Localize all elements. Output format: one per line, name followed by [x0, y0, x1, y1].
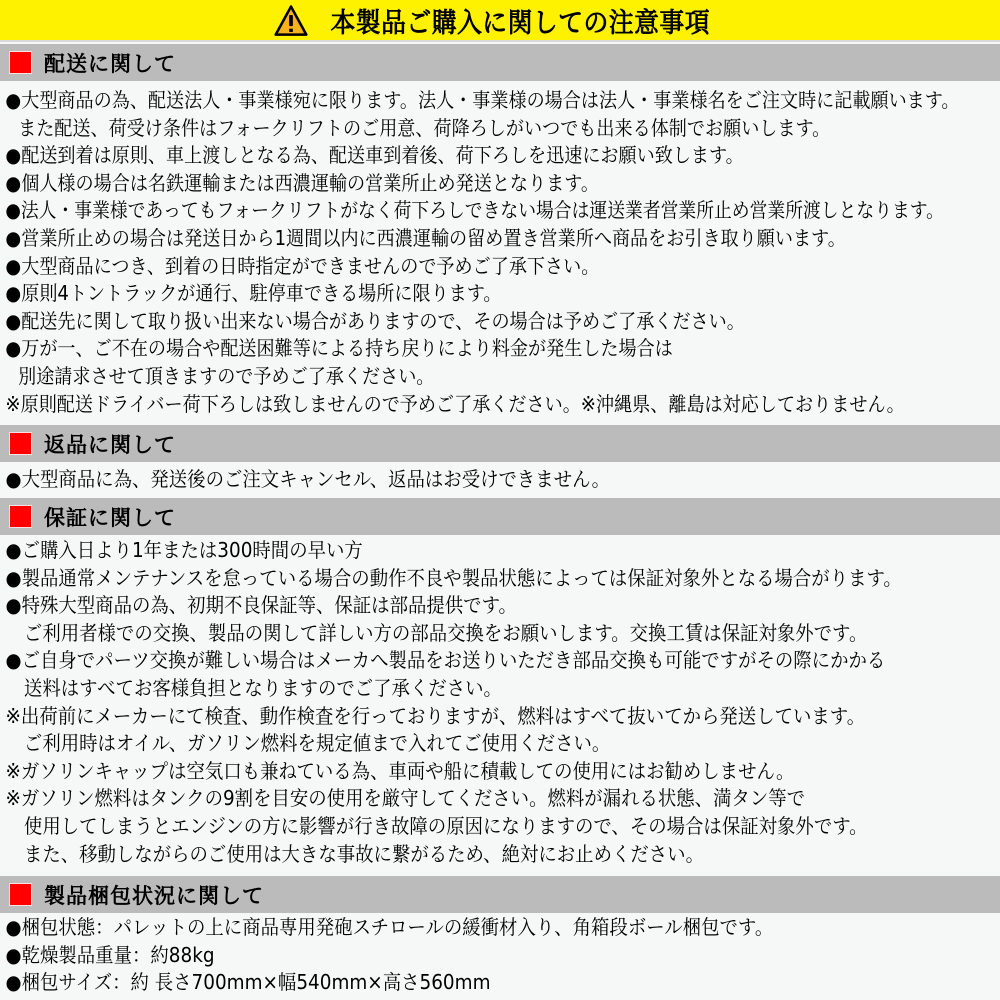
- section-body-warranty: ●ご購入日より1年または300時間の早い方 ●製品通常メンテナンスを怠っている場…: [0, 537, 1000, 868]
- list-item: ●配送到着は原則、車上渡しとなる為、配送車到着後、荷下ろしを迅速にお願い致します…: [0, 142, 905, 170]
- list-item: ※ガソリン燃料はタンクの9割を目安の使用を厳守してください。燃料が漏れる状態、満…: [0, 785, 920, 813]
- section-body-returns: ●大型商品に為、発送後のご注文キャンセル、返品はお受けできません。: [0, 466, 1000, 494]
- list-item: ●配送先に関して取り扱い出来ない場合がありますので、その場合は予めご了承ください…: [0, 308, 905, 336]
- section-header-warranty: 保証に関して: [0, 498, 1000, 535]
- list-item: ご利用者様での交換、製品の関して詳しい方の部品交換をお願いします。交換工賃は保証…: [0, 620, 920, 648]
- list-item: ●乾燥製品重量：約88kg: [0, 942, 920, 970]
- list-item: 別途請求させて頂きますので予めご了承ください。: [0, 363, 905, 391]
- list-item: ●特殊大型商品の為、初期不良保証等、保証は部品提供です。: [0, 592, 920, 620]
- list-item: ※出荷前にメーカーにて検査、動作検査を行っておりますが、燃料はすべて抜いてから発…: [0, 703, 920, 731]
- red-square-marker-icon: [9, 505, 32, 528]
- list-item: ●梱包状態：パレットの上に商品専用発砲スチロールの緩衝材入り、角箱段ボール梱包で…: [0, 914, 920, 942]
- red-square-marker-icon: [9, 51, 32, 74]
- title-bar: 本製品ご購入に関しての注意事項: [0, 0, 1000, 42]
- section-header-shipping: 配送に関して: [0, 44, 1000, 81]
- list-item: また配送、荷受け条件はフォークリフトのご用意、荷降ろしがいつでも出来る体制でお願…: [0, 115, 905, 143]
- list-item: ●梱包サイズ：約 長さ700mm×幅540mm×高さ560mm: [0, 969, 920, 997]
- section-title: 製品梱包状況に関して: [44, 880, 264, 910]
- list-item: ●ご購入日より1年または300時間の早い方: [0, 537, 920, 565]
- list-item: ※原則配送ドライバー荷下ろしは致しませんので予めご了承ください。※沖縄県、離島は…: [0, 391, 905, 419]
- red-square-marker-icon: [9, 432, 32, 455]
- list-item: ●法人・事業様であってもフォークリフトがなく荷下ろしできない場合は運送業者営業所…: [0, 197, 890, 225]
- list-item: ご利用時はオイル、ガソリン燃料を規定値まで入れてご使用ください。: [0, 730, 920, 758]
- section-header-returns: 返品に関して: [0, 425, 1000, 462]
- section-body-packaging: ●梱包状態：パレットの上に商品専用発砲スチロールの緩衝材入り、角箱段ボール梱包で…: [0, 914, 1000, 997]
- list-item: ●大型商品につき、到着の日時指定ができませんので予めご了承下さい。: [0, 253, 905, 281]
- list-item: ●営業所止めの場合は発送日から1週間以内に西濃運輸の留め置き営業所へ商品をお引き…: [0, 225, 905, 253]
- page-title: 本製品ご購入に関しての注意事項: [330, 1, 710, 40]
- section-body-shipping: ●大型商品の為、配送法人・事業様宛に限ります。法人・事業様の場合は法人・事業様名…: [0, 87, 1000, 418]
- list-item: ●大型商品に為、発送後のご注文キャンセル、返品はお受けできません。: [0, 466, 920, 494]
- list-item: ●原則4トントラックが通行、駐停車できる場所に限ります。: [0, 280, 905, 308]
- section-title: 返品に関して: [44, 429, 176, 459]
- section-title: 配送に関して: [44, 48, 176, 78]
- list-item: また、移動しながらのご使用は大きな事故に繋がるため、絶対にお止めください。: [0, 841, 920, 869]
- list-item: ●大型商品の為、配送法人・事業様宛に限ります。法人・事業様の場合は法人・事業様名…: [0, 87, 905, 115]
- list-item: ●製品通常メンテナンスを怠っている場合の動作不良や製品状態によっては保証対象外と…: [0, 565, 920, 593]
- warning-triangle-icon: [274, 4, 308, 38]
- list-item: ●万が一、ご不在の場合や配送困難等による持ち戻りにより料金が発生した場合は: [0, 335, 905, 363]
- list-item: 送料はすべてお客様負担となりますのでご了承ください。: [0, 675, 920, 703]
- red-square-marker-icon: [9, 883, 32, 906]
- list-item: ※ガソリンキャップは空気口も兼ねている為、車両や船に積載しての使用にはお勧めしま…: [0, 758, 920, 786]
- list-item: 使用してしまうとエンジンの方に影響が行き故障の原因になりますので、その場合は保証…: [0, 813, 920, 841]
- list-item: ●ご自身でパーツ交換が難しい場合はメーカへ製品をお送りいただき部品交換も可能です…: [0, 647, 920, 675]
- section-header-packaging: 製品梱包状況に関して: [0, 876, 1000, 913]
- section-title: 保証に関して: [44, 502, 176, 532]
- list-item: ●個人様の場合は名鉄運輸または西濃運輸の営業所止め発送となります。: [0, 170, 905, 198]
